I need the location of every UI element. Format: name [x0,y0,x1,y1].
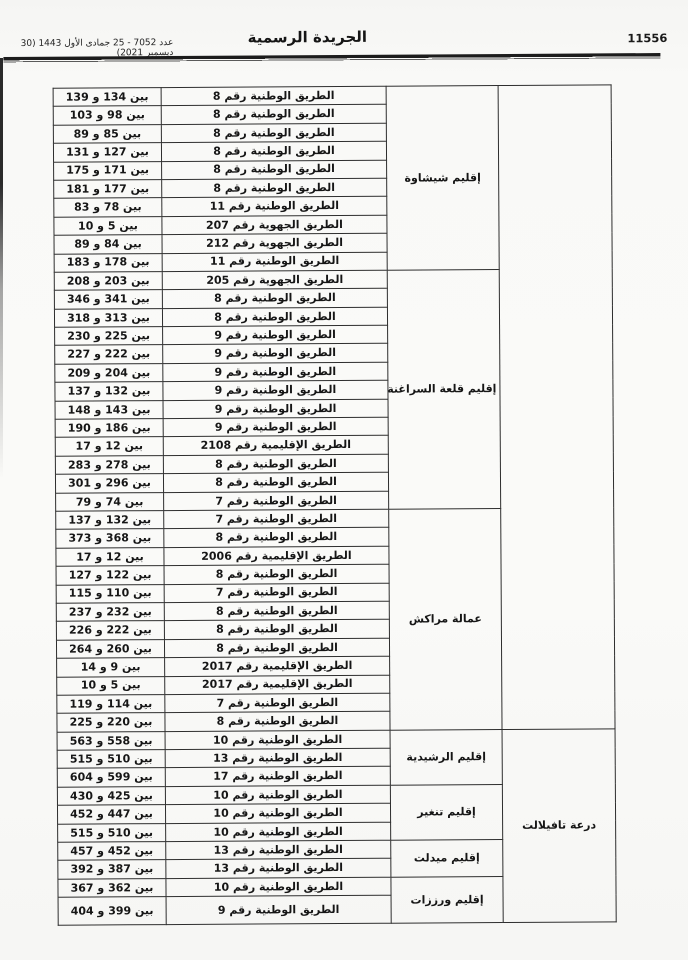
road-cell: الطريق الوطنية رقم 8 [164,638,389,658]
road-cell: الطريق الإقليمية رقم 2108 [163,436,388,456]
km-range-cell: بين 134 و 139 [53,88,161,107]
province-cell: إقليم الرشيدية [390,729,502,785]
km-range-cell: بين 186 و 190 [55,419,163,438]
km-range-cell: بين 225 و 230 [55,327,163,346]
km-range-cell: بين 12 و 17 [56,547,164,566]
km-range-cell: بين 220 و 225 [57,713,165,732]
km-range-cell: بين 143 و 148 [55,400,163,419]
km-range-cell: بين 9 و 14 [57,658,165,677]
road-cell: الطريق الوطنية رقم 7 [164,583,389,603]
km-range-cell: بين 296 و 301 [55,474,163,493]
km-range-cell: بين 313 و 318 [54,308,162,327]
km-range-cell: بين 85 و 89 [53,124,161,143]
km-range-cell: بين 222 و 226 [56,621,164,640]
page-number: 11556 [619,31,667,45]
province-cell: إقليم ورززات [391,876,503,923]
table-wrapper: إقليم شيشاوةالطريق الوطنية رقم 8بين 134 … [53,84,616,926]
road-cell: الطريق الوطنية رقم 7 [164,491,389,511]
km-range-cell: بين 425 و 430 [57,786,165,805]
km-range-cell: بين 278 و 283 [55,455,163,474]
road-cell: الطريق الوطنية رقم 8 [163,472,388,492]
road-cell: الطريق الوطنية رقم 17 [165,767,390,787]
km-range-cell: بين 222 و 227 [55,345,163,364]
road-cell: الطريق الوطنية رقم 8 [161,86,386,106]
km-range-cell: بين 5 و 10 [54,216,162,235]
road-cell: الطريق الوطنية رقم 8 [162,160,387,180]
road-cell: الطريق الوطنية رقم 8 [162,307,387,327]
km-range-cell: بين 399 و 404 [58,897,166,926]
km-range-cell: بين 452 و 457 [58,842,166,861]
km-range-cell: بين 260 و 264 [56,639,164,658]
province-cell: إقليم قلعة السراغنة [387,269,500,509]
province-cell: إقليم ميدلت [391,840,503,877]
km-range-cell: بين 5 و 10 [57,676,165,695]
road-cell: الطريق الوطنية رقم 8 [162,178,387,198]
region-cell [498,85,615,729]
km-range-cell: بين 132 و 137 [56,511,164,530]
km-range-cell: بين 362 و 367 [58,878,166,897]
road-cell: الطريق الوطنية رقم 8 [164,528,389,548]
road-cell: الطريق الوطنية رقم 8 [165,711,390,731]
km-range-cell: بين 368 و 373 [56,529,164,548]
km-range-cell: بين 447 و 452 [57,805,165,824]
road-cell: الطريق الوطنية رقم 8 [164,620,389,640]
page-title: الجريدة الرسمية [245,28,369,47]
km-range-cell: بين 387 و 392 [58,860,166,879]
km-range-cell: بين 510 و 515 [58,823,166,842]
road-cell: الطريق الجهوية رقم 205 [162,270,387,290]
road-cell: الطريق الإقليمية رقم 2006 [164,546,389,566]
province-cell: عمالة مراكش [389,509,502,730]
km-range-cell: بين 84 و 89 [54,235,162,254]
km-range-cell: بين 74 و 79 [56,492,164,511]
page-sheet: عدد 7052 - 25 جمادى الأول 1443 (30 ديسمب… [0,0,688,960]
road-cell: الطريق الوطنية رقم 13 [166,840,391,860]
km-range-cell: بين 203 و 208 [54,271,162,290]
road-cell: الطريق الوطنية رقم 13 [165,748,390,768]
km-range-cell: بين 599 و 604 [57,768,165,787]
road-cell: الطريق الجهوية رقم 207 [162,215,387,235]
road-cell: الطريق الوطنية رقم 7 [164,509,389,529]
road-cell: الطريق الوطنية رقم 10 [166,877,391,897]
road-cell: الطريق الوطنية رقم 11 [162,252,387,272]
km-range-cell: بين 177 و 181 [54,180,162,199]
road-cell: الطريق الوطنية رقم 8 [162,289,387,309]
road-cell: الطريق الوطنية رقم 9 [163,380,388,400]
km-range-cell: بين 78 و 83 [54,198,162,217]
road-cell: الطريق الوطنية رقم 10 [166,822,391,842]
road-cell: الطريق الإقليمية رقم 2017 [165,656,390,676]
km-range-cell: بين 114 و 119 [57,694,165,713]
km-range-cell: بين 110 و 115 [56,584,164,603]
km-range-cell: بين 122 و 127 [56,566,164,585]
km-range-cell: بين 171 و 175 [54,161,162,180]
road-cell: الطريق الوطنية رقم 7 [165,693,390,713]
road-cell: الطريق الوطنية رقم 8 [164,564,389,584]
region-cell: درعة تافيلالت [502,728,616,922]
road-cell: الطريق الإقليمية رقم 2017 [165,675,390,695]
road-cell: الطريق الوطنية رقم 9 [163,417,388,437]
km-range-cell: بين 232 و 237 [56,603,164,622]
km-range-cell: بين 132 و 137 [55,382,163,401]
road-cell: الطريق الوطنية رقم 8 [161,123,386,143]
road-cell: الطريق الوطنية رقم 8 [161,141,386,161]
km-range-cell: بين 98 و 103 [53,106,161,125]
km-range-cell: بين 178 و 183 [54,253,162,272]
province-cell: إقليم تنغير [390,784,502,840]
road-cell: الطريق الوطنية رقم 9 [166,895,391,924]
road-cell: الطريق الوطنية رقم 9 [163,362,388,382]
road-cell: الطريق الوطنية رقم 9 [163,399,388,419]
km-range-cell: بين 204 و 209 [55,363,163,382]
road-cell: الطريق الوطنية رقم 8 [161,105,386,125]
road-cell: الطريق الوطنية رقم 8 [163,454,388,474]
km-range-cell: بين 558 و 563 [57,731,165,750]
km-range-cell: بين 341 و 346 [54,290,162,309]
road-cell: الطريق الوطنية رقم 8 [164,601,389,621]
road-cell: الطريق الجهوية رقم 212 [162,233,387,253]
table-row: درعة تافيلالتإقليم الرشيديةالطريق الوطني… [57,728,615,750]
table-row: إقليم شيشاوةالطريق الوطنية رقم 8بين 134 … [53,85,611,107]
road-cell: الطريق الوطنية رقم 10 [165,785,390,805]
road-cell: الطريق الوطنية رقم 9 [163,344,388,364]
km-range-cell: بين 12 و 17 [55,437,163,456]
km-range-cell: بين 510 و 515 [57,750,165,769]
gazette-table: إقليم شيشاوةالطريق الوطنية رقم 8بين 134 … [53,84,617,926]
km-range-cell: بين 127 و 131 [53,143,161,162]
road-cell: الطريق الوطنية رقم 13 [166,859,391,879]
road-cell: الطريق الوطنية رقم 11 [162,197,387,217]
province-cell: إقليم شيشاوة [386,86,499,271]
scanned-gazette-page: { "header": { "page_number": "11556", "t… [0,0,688,960]
road-cell: الطريق الوطنية رقم 9 [163,325,388,345]
road-cell: الطريق الوطنية رقم 10 [165,803,390,823]
road-cell: الطريق الوطنية رقم 10 [165,730,390,750]
